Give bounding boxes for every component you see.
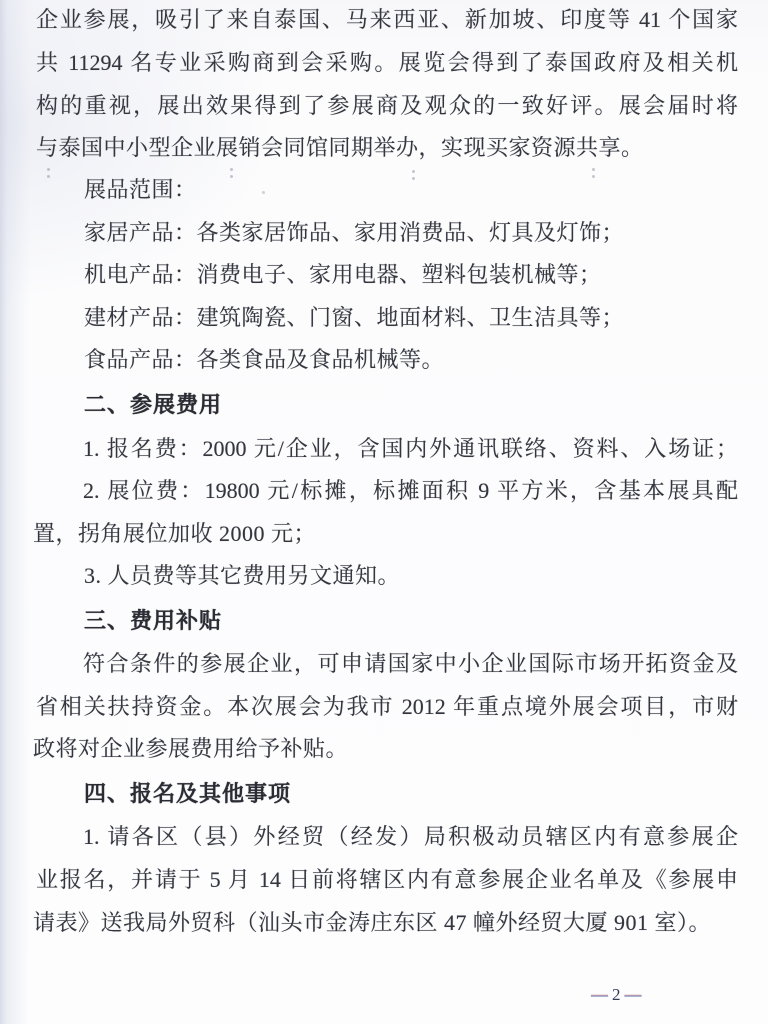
section-heading: 四、报名及其他事项: [84, 781, 291, 807]
section-heading: 三、费用补贴: [84, 608, 222, 634]
body-line: 3. 人员费等其它费用另文通知。: [84, 563, 400, 589]
list-item: 机电产品：消费电子、家用电器、塑料包装机械等；: [84, 262, 602, 288]
scanned-document-page: 企业参展，吸引了来自泰国、马来西亚、新加坡、印度等 41 个国家 共 11294…: [0, 0, 768, 1024]
list-item: 食品产品：各类食品及食品机械等。: [84, 347, 444, 373]
body-line: 构的重视，展出效果得到了参展商及观众的一致好评。展会届时将: [36, 93, 738, 119]
body-line: 请表》送我局外贸科（汕头市金涛庄东区 47 幢外经贸大厦 901 室）。: [33, 910, 711, 936]
scan-dot-artifact: [262, 191, 265, 194]
body-line: 共 11294 名专业采购商到会采购。展览会得到了泰国政府及相关机: [36, 50, 738, 76]
list-item: 建材产品：建筑陶瓷、门窗、地面材料、卫生洁具等；: [84, 305, 624, 331]
body-line: 与泰国中小型企业展销会同馆同期举办，实现买家资源共享。: [36, 135, 644, 161]
scan-speck-artifact: [592, 168, 595, 171]
body-line: 企业参展，吸引了来自泰国、马来西亚、新加坡、印度等 41 个国家: [36, 7, 738, 33]
page-number-dash: —: [588, 985, 612, 1004]
body-line: 政将对企业参展费用给予补贴。: [33, 736, 348, 762]
page-number-dash: —: [622, 985, 646, 1004]
body-line: 1. 报名费：2000 元/企业，含国内外通讯联络、资料、入场证；: [36, 436, 738, 462]
page-number-value: 2: [612, 985, 622, 1004]
body-line: 业报名，并请于 5 月 14 日前将辖区内有意参展企业名单及《参展申: [36, 867, 738, 893]
body-line: 2. 展位费：19800 元/标摊，标摊面积 9 平方米，含基本展具配: [36, 478, 738, 504]
page-number: —2—: [588, 985, 646, 1005]
body-line: 省相关扶持资金。本次展会为我市 2012 年重点境外展会项目，市财: [36, 694, 738, 720]
scan-speck-artifact: [230, 168, 233, 171]
scan-speck-artifact: [412, 170, 415, 173]
body-line: 符合条件的参展企业，可申请国家中小企业国际市场开拓资金及: [36, 651, 738, 677]
scan-speck-artifact: [47, 168, 50, 171]
section-heading: 二、参展费用: [84, 392, 222, 418]
body-line: 展品范围：: [84, 177, 197, 203]
body-line: 置，拐角展位加收 2000 元；: [33, 521, 316, 547]
body-line: 1. 请各区（县）外经贸（经发）局积极动员辖区内有意参展企: [36, 824, 738, 850]
list-item: 家居产品：各类家居饰品、家用消费品、灯具及灯饰；: [84, 220, 624, 246]
